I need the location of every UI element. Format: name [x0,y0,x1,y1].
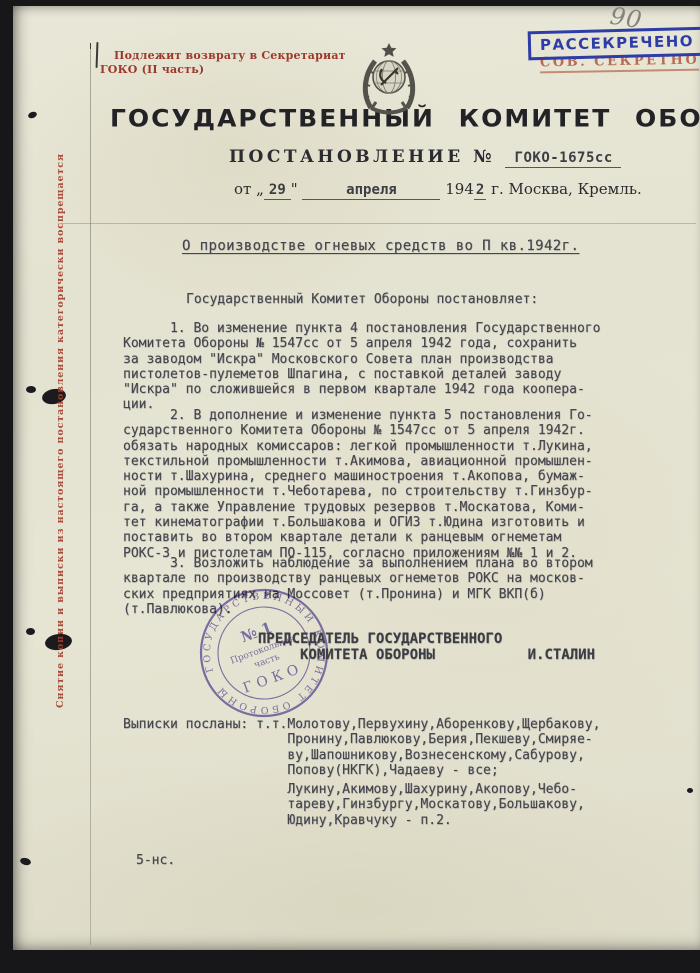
date-from: от [234,180,251,198]
scanner-background: Подлежит возврату в Секретариат ГОКО (II… [0,0,700,973]
return-notice-line2: ГОКО (II часть) [100,63,346,77]
open-quote: „ [256,180,264,198]
soviet-coat-of-arms [356,42,422,118]
star-icon [382,43,397,57]
resolution-intro: Государственный Комитет Обороны постанов… [186,292,538,307]
close-quote: " [291,180,298,198]
vertical-fold-crease [90,43,91,945]
date-month: апреля [302,182,440,200]
seal-org: ГОКО [241,660,306,697]
date-place: г. Москва, Кремль. [491,180,642,198]
distribution-list-group2: Лукину,Акимову,Шахурину,Акопову,Чебо- та… [123,782,585,828]
copies-code: 5-нс. [136,853,175,868]
distribution-list-group1: Выписки посланы: т.т.Молотову,Первухину,… [123,717,600,778]
decree-number: ГОКО-1675сс [505,150,621,168]
declassified-stamp: РАССЕКРЕЧЕНО [528,27,700,61]
date-day: 29 [264,182,291,200]
paragraph-1: 1. Во изменение пункта 4 постановления Г… [123,321,600,413]
subject-heading: О производстве огневых средств во П кв.1… [182,239,579,254]
ink-blot [26,628,35,635]
return-notice: Подлежит возврату в Секретариат ГОКО (II… [100,49,346,77]
decree-label: ПОСТАНОВЛЕНИЕ № [229,147,495,167]
return-notice-line1: Подлежит возврату в Секретариат [100,49,346,63]
paragraph-2: 2. В дополнение и изменение пункта 5 пос… [123,408,593,561]
date-line: от „29" апреля 1942 г. Москва, Кремль. [234,180,642,200]
ink-blot [687,788,693,793]
ink-blot [26,386,36,393]
ribbon-band-left [372,102,406,108]
date-year-typed: 2 [474,182,486,200]
signature-block: ПРЕДСЕДАТЕЛЬ ГОСУДАРСТВЕННОГО КОМИТЕТА О… [123,631,595,663]
decree-number-line: ПОСТАНОВЛЕНИЕ № ГОКО-1675сс [229,147,621,167]
date-year-printed: 194 [445,180,474,198]
horizontal-fold-crease [60,223,696,224]
ribbon [371,108,407,113]
margin-warning-note: Снятие копии и выписки из настоящего пос… [55,183,66,708]
